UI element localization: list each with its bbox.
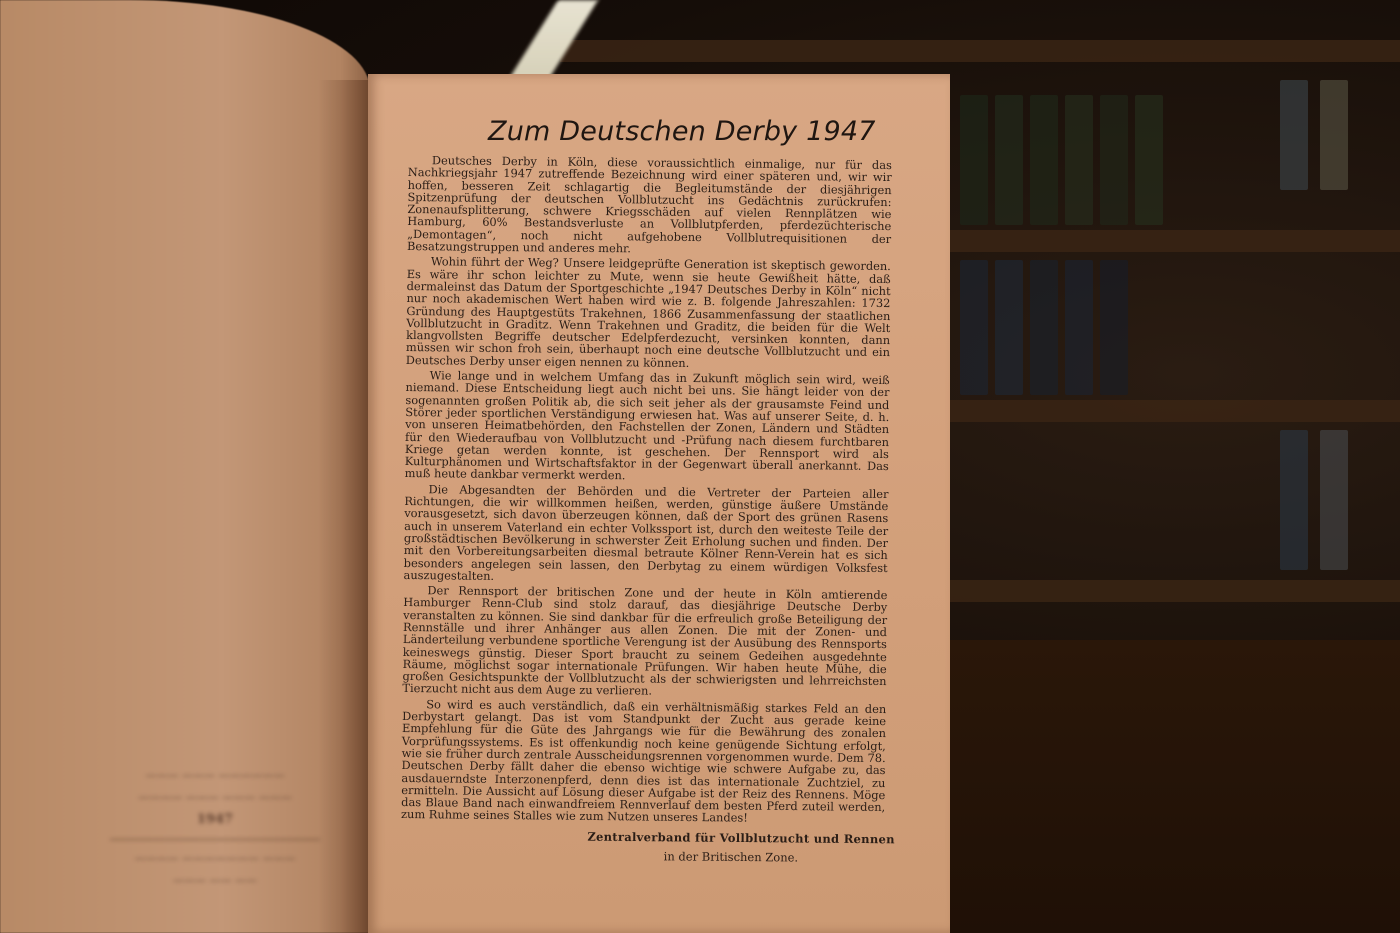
paragraph: Wie lange und in welchem Umfang das in Z… xyxy=(405,369,890,485)
book-spine xyxy=(1100,95,1128,225)
book-spine xyxy=(1135,95,1163,225)
book-spine xyxy=(1030,95,1058,225)
colophon-line: ———— ——————— ——— xyxy=(110,848,320,870)
colophon-divider xyxy=(110,839,320,840)
paragraph: Wohin führt der Weg? Unsere leidgeprüfte… xyxy=(406,255,891,371)
book-spine xyxy=(1280,80,1308,190)
book-spine xyxy=(995,260,1023,395)
book-spine xyxy=(1100,260,1128,395)
book-spine xyxy=(1030,260,1058,395)
book-spine xyxy=(1065,95,1093,225)
page-title: Zum Deutschen Derby 1947 xyxy=(488,116,888,147)
colophon-line: ———— ——— ——— ——— xyxy=(110,787,320,809)
wooden-table xyxy=(940,640,1400,933)
paragraph: So wird es auch verständlich, daß ein ve… xyxy=(401,698,886,826)
signature-zone: in der Britischen Zone. xyxy=(566,848,896,865)
signature-block: Zentralverband für Vollblutzucht und Ren… xyxy=(586,830,896,866)
book-spine xyxy=(1065,260,1093,395)
left-page: ——— ——— —————— ———— ——— ——— ——— 1947 ———… xyxy=(0,0,370,933)
right-page: Zum Deutschen Derby 1947 Deutsches Derby… xyxy=(368,74,950,933)
book-spine xyxy=(1320,430,1348,570)
article-body: Deutsches Derby in Köln, diese voraussic… xyxy=(401,154,892,829)
paragraph: Der Rennsport der britischen Zone und de… xyxy=(402,584,887,700)
book-spine xyxy=(960,260,988,395)
book-spine xyxy=(1320,80,1348,190)
paragraph: Deutsches Derby in Köln, diese voraussic… xyxy=(407,154,892,257)
shelf-plank xyxy=(560,40,1400,62)
book-spine xyxy=(1280,430,1308,570)
colophon-line: ——— —— —— xyxy=(110,870,320,892)
book-spine xyxy=(960,95,988,225)
left-colophon: ——— ——— —————— ———— ——— ——— ——— 1947 ———… xyxy=(110,765,320,892)
colophon-line: ——— ——— —————— xyxy=(110,765,320,787)
signature-organization: Zentralverband für Vollblutzucht und Ren… xyxy=(586,830,896,847)
book-spine xyxy=(995,95,1023,225)
colophon-year: 1947 xyxy=(110,809,320,831)
paragraph: Die Abgesandten der Behörden und die Ver… xyxy=(404,483,889,586)
